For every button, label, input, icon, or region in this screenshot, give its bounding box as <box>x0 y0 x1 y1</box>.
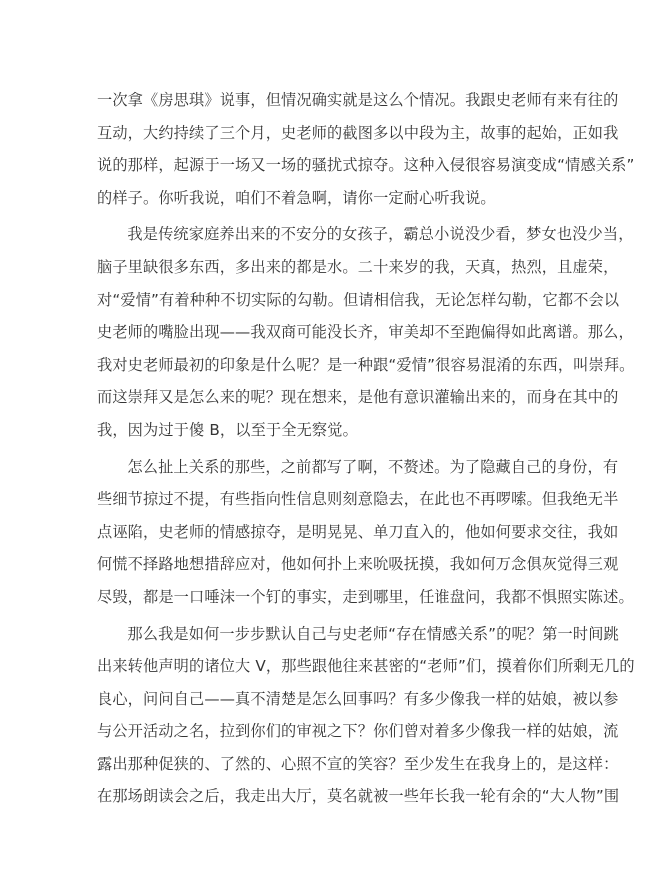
text-line: 我是传统家庭养出来的不安分的女孩子，霸总小说没少看，梦女也没少当， <box>97 218 559 251</box>
text-line: 而这崇拜又是怎么来的呢？现在想来，是他有意识灌输出来的，而身在其中的 <box>97 381 559 414</box>
text-line: 对“爱情”有着种种不切实际的勾勒。但请相信我，无论怎样勾勒，它都不会以 <box>97 284 559 317</box>
text-line: 怎么扯上关系的那些，之前都写了啊，不赘述。为了隐藏自己的身份，有 <box>97 451 559 484</box>
text-line: 尽毁，都是一口唾沫一个钉的事实，走到哪里，任谁盘问，我都不惧照实陈述。 <box>97 581 559 614</box>
text-line: 说的那样，起源于一场又一场的骚扰式掠夺。这种入侵很容易演变成“情感关系” <box>97 149 559 182</box>
text-line: 互动，大约持续了三个月，史老师的截图多以中段为主，故事的起始，正如我 <box>97 117 559 150</box>
paragraph-2: 我是传统家庭养出来的不安分的女孩子，霸总小说没少看，梦女也没少当， 脑子里缺很多… <box>97 218 559 446</box>
text-line: 在那场朗读会之后，我走出大厅，莫名就被一些年长我一轮有余的“大人物”围 <box>97 780 559 813</box>
text-line: 与公开活动之名，拉到你们的审视之下？你们曾对着多少像我一样的姑娘，流 <box>97 715 559 748</box>
text-line: 些细节掠过不提，有些指向性信息则刻意隐去，在此也不再啰嗦。但我绝无半 <box>97 483 559 516</box>
text-line: 一次拿《房思琪》说事，但情况确实就是这么个情况。我跟史老师有来有往的 <box>97 84 559 117</box>
paragraph-4: 那么我是如何一步步默认自己与史老师“存在情感关系”的呢？第一时间跳 出来转他声明… <box>97 618 559 814</box>
text-line: 那么我是如何一步步默认自己与史老师“存在情感关系”的呢？第一时间跳 <box>97 618 559 651</box>
text-line: 出来转他声明的诸位大 V，那些跟他往来甚密的“老师”们，摸着你们所剩无几的 <box>97 650 559 683</box>
text-line: 的样子。你听我说，咱们不着急啊，请你一定耐心听我说。 <box>97 182 559 215</box>
text-line: 史老师的嘴脸出现——我双商可能没长齐，审美却不至跑偏得如此离谱。那么， <box>97 316 559 349</box>
paragraph-3: 怎么扯上关系的那些，之前都写了啊，不赘述。为了隐藏自己的身份，有 些细节掠过不提… <box>97 451 559 614</box>
paragraph-1: 一次拿《房思琪》说事，但情况确实就是这么个情况。我跟史老师有来有往的 互动，大约… <box>97 84 559 214</box>
text-line: 我，因为过于傻 B，以至于全无察觉。 <box>97 414 559 447</box>
article-body: 一次拿《房思琪》说事，但情况确实就是这么个情况。我跟史老师有来有往的 互动，大约… <box>97 84 559 817</box>
text-line: 露出那种促狭的、了然的、心照不宣的笑容？至少发生在我身上的，是这样： <box>97 748 559 781</box>
text-line: 脑子里缺很多东西，多出来的都是水。二十来岁的我，天真，热烈，且虚荣， <box>97 251 559 284</box>
text-line: 良心，问问自己——真不清楚是怎么回事吗？有多少像我一样的姑娘，被以参 <box>97 683 559 716</box>
text-line: 点诬陷，史老师的情感掠夺，是明晃晃、单刀直入的，他如何要求交往，我如 <box>97 516 559 549</box>
text-line: 我对史老师最初的印象是什么呢？是一种跟“爱情”很容易混淆的东西，叫崇拜。 <box>97 349 559 382</box>
text-line: 何慌不择路地想措辞应对，他如何扑上来吮吸抚摸，我如何万念俱灰觉得三观 <box>97 548 559 581</box>
